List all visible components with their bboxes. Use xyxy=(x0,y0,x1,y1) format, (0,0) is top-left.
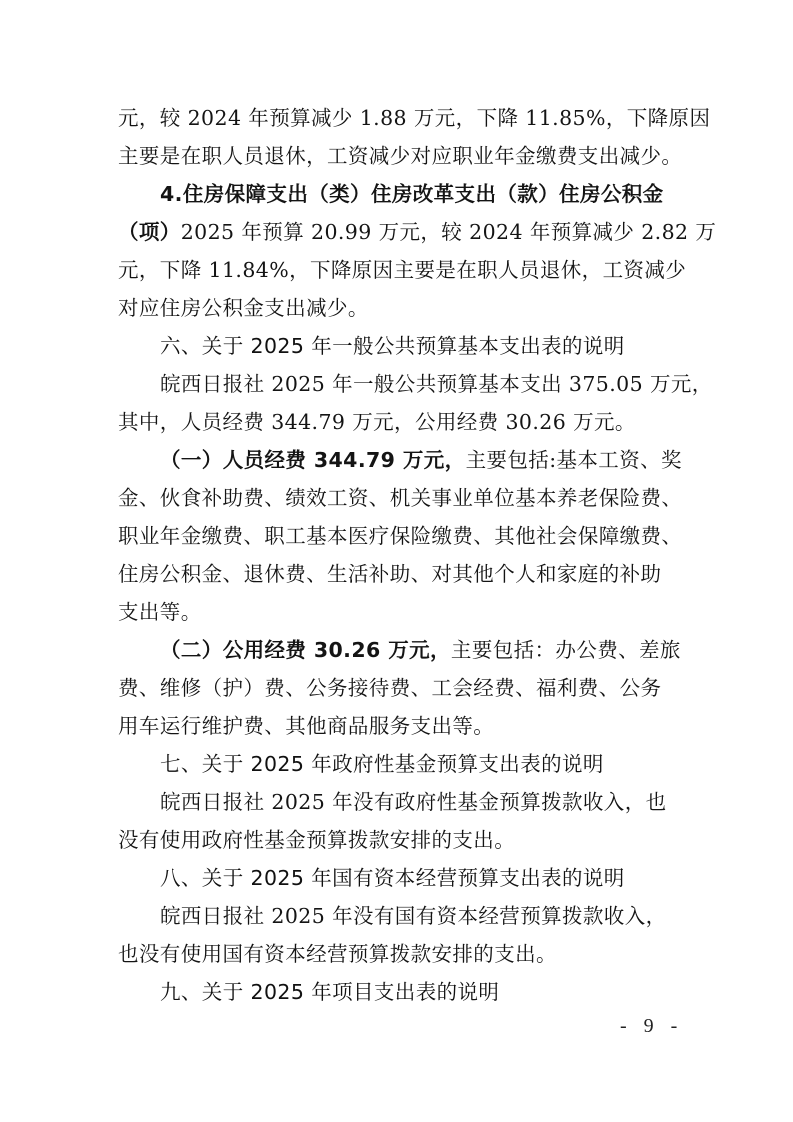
body-text: 支出等。 xyxy=(118,600,202,624)
paragraph-line: 皖西日报社 2025 年没有国有资本经营预算拨款收入， xyxy=(160,897,680,935)
body-text: 皖西日报社 2025 年一般公共预算基本支出 375.05 万元， xyxy=(160,372,713,396)
body-text: 没有使用政府性基金预算拨款安排的支出。 xyxy=(118,828,515,852)
body-text: 其中，人员经费 344.79 万元，公用经费 30.26 万元。 xyxy=(118,410,636,434)
paragraph-line: （二）公用经费 30.26 万元，主要包括：办公费、差旅 xyxy=(160,631,680,669)
body-text: 对应住房公积金支出减少。 xyxy=(118,296,369,320)
heading-text: 八、关于 2025 年国有资本经营预算支出表的说明 xyxy=(160,866,625,890)
paragraph-line: 其中，人员经费 344.79 万元，公用经费 30.26 万元。 xyxy=(118,403,678,441)
section-heading-9: 九、关于 2025 年项目支出表的说明 xyxy=(160,973,680,1011)
paragraph-line: 支出等。 xyxy=(118,593,678,631)
section-heading-8: 八、关于 2025 年国有资本经营预算支出表的说明 xyxy=(160,859,680,897)
paragraph-line: 皖西日报社 2025 年一般公共预算基本支出 375.05 万元， xyxy=(160,365,680,403)
bold-text: （项） xyxy=(118,220,181,244)
paragraph-line: 也没有使用国有资本经营预算拨款安排的支出。 xyxy=(118,935,678,973)
section-heading-7: 七、关于 2025 年政府性基金预算支出表的说明 xyxy=(160,745,680,783)
paragraph-line: 没有使用政府性基金预算拨款安排的支出。 xyxy=(118,821,678,859)
document-page: 元，较 2024 年预算减少 1.88 万元，下降 11.85%，下降原因 主要… xyxy=(0,0,793,1122)
body-text: 主要包括：办公费、差旅 xyxy=(451,638,681,662)
body-text: 主要包括:基本工资、奖 xyxy=(466,448,682,472)
body-text: 皖西日报社 2025 年没有国有资本经营预算拨款收入， xyxy=(160,904,667,928)
body-text: 用车运行维护费、其他商品服务支出等。 xyxy=(118,714,494,738)
paragraph-line: 职业年金缴费、职工基本医疗保险缴费、其他社会保障缴费、 xyxy=(118,517,678,555)
body-text: 费、维修（护）费、公务接待费、工会经费、福利费、公务 xyxy=(118,676,661,700)
section-heading-6: 六、关于 2025 年一般公共预算基本支出表的说明 xyxy=(160,327,680,365)
heading-text: 九、关于 2025 年项目支出表的说明 xyxy=(160,980,499,1004)
bold-text: 4.住房保障支出（类）住房改革支出（款）住房公积金 xyxy=(160,182,664,206)
paragraph-line: 皖西日报社 2025 年没有政府性基金预算拨款收入，也 xyxy=(160,783,680,821)
body-text: 金、伙食补助费、绩效工资、机关事业单位基本养老保险费、 xyxy=(118,486,682,510)
paragraph-line: 住房公积金、退休费、生活补助、对其他个人和家庭的补助 xyxy=(118,555,678,593)
paragraph-line: 元，较 2024 年预算减少 1.88 万元，下降 11.85%，下降原因 xyxy=(118,99,678,137)
body-text: 元，较 2024 年预算减少 1.88 万元，下降 11.85%，下降原因 xyxy=(118,106,710,130)
subsection-heading: 4.住房保障支出（类）住房改革支出（款）住房公积金 xyxy=(160,175,680,213)
body-text: 元，下降 11.84%，下降原因主要是在职人员退休，工资减少 xyxy=(118,258,686,282)
body-text: 也没有使用国有资本经营预算拨款安排的支出。 xyxy=(118,942,557,966)
bold-text: （一）人员经费 344.79 万元， xyxy=(160,448,466,472)
paragraph-line: 费、维修（护）费、公务接待费、工会经费、福利费、公务 xyxy=(118,669,678,707)
paragraph-line: 元，下降 11.84%，下降原因主要是在职人员退休，工资减少 xyxy=(118,251,678,289)
paragraph-line: 用车运行维护费、其他商品服务支出等。 xyxy=(118,707,678,745)
body-text: 住房公积金、退休费、生活补助、对其他个人和家庭的补助 xyxy=(118,562,661,586)
page-number: - 9 - xyxy=(620,1015,683,1038)
body-text: 2025 年预算 20.99 万元，较 2024 年预算减少 2.82 万 xyxy=(181,220,717,244)
heading-text: 七、关于 2025 年政府性基金预算支出表的说明 xyxy=(160,752,604,776)
body-text: 主要是在职人员退休，工资减少对应职业年金缴费支出减少。 xyxy=(118,144,682,168)
body-text: 皖西日报社 2025 年没有政府性基金预算拨款收入，也 xyxy=(160,790,667,814)
paragraph-line: （一）人员经费 344.79 万元，主要包括:基本工资、奖 xyxy=(160,441,680,479)
paragraph-line: 对应住房公积金支出减少。 xyxy=(118,289,678,327)
heading-text: 六、关于 2025 年一般公共预算基本支出表的说明 xyxy=(160,334,625,358)
body-text: 职业年金缴费、职工基本医疗保险缴费、其他社会保障缴费、 xyxy=(118,524,682,548)
paragraph-line: （项）2025 年预算 20.99 万元，较 2024 年预算减少 2.82 万 xyxy=(118,213,678,251)
bold-text: （二）公用经费 30.26 万元， xyxy=(160,638,451,662)
paragraph-line: 主要是在职人员退休，工资减少对应职业年金缴费支出减少。 xyxy=(118,137,678,175)
paragraph-line: 金、伙食补助费、绩效工资、机关事业单位基本养老保险费、 xyxy=(118,479,678,517)
